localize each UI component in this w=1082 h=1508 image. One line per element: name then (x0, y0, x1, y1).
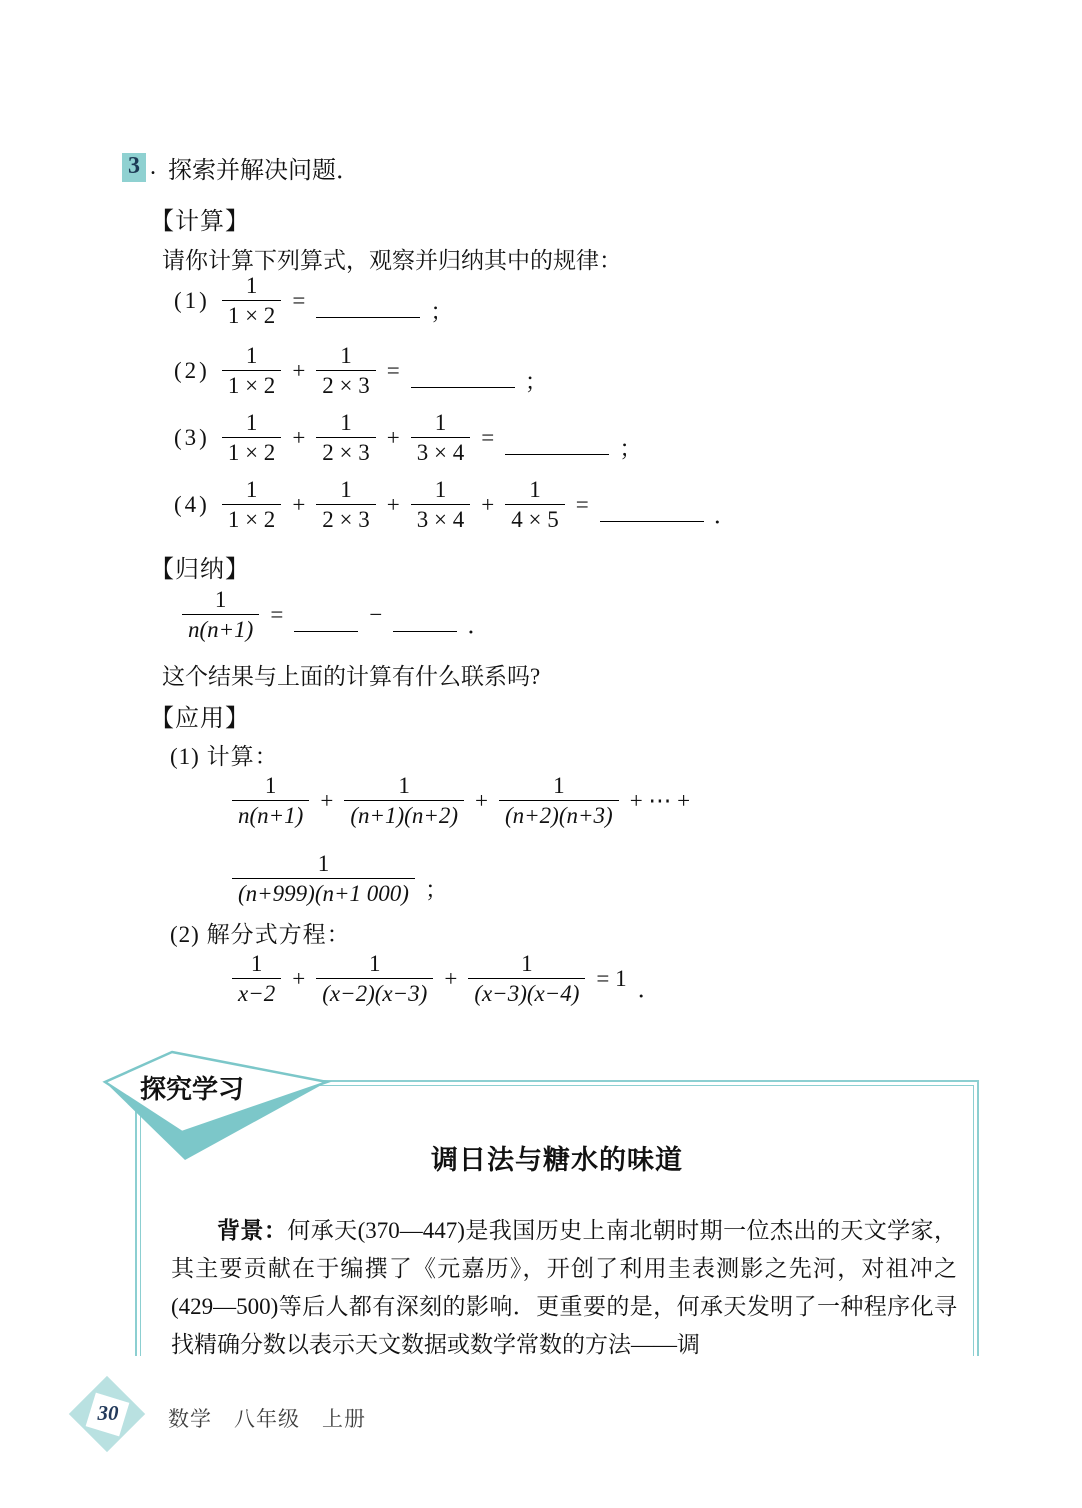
apply-equation: 1x−2 + 1(x−2)(x−3) + 1(x−3)(x−4) = 1 ． (232, 952, 661, 1006)
eq3-label: (3) (174, 425, 210, 451)
induce-question: 这个结果与上面的计算有什么联系吗? (162, 658, 540, 691)
induce-formula: 1n(n+1) = − ． (182, 588, 490, 642)
apply-item2-label: (2) 解分式方程： (170, 916, 351, 949)
plus-sign: + (319, 788, 334, 814)
equals-sign: = (480, 425, 495, 451)
eq2-end: ； (525, 363, 548, 396)
plus-sign: + (386, 492, 401, 518)
calc-eq-4: (4) 11 × 2 + 12 × 3 + 13 × 4 + 14 × 5 = … (174, 478, 737, 532)
apply-sum-line2: 1(n+999)(n+1 000) ； (232, 852, 448, 906)
induce-end: ． (467, 607, 490, 640)
calc-eq-2: (2) 11 × 2 + 12 × 3 = ； (174, 344, 548, 398)
eq3-end: ； (619, 430, 642, 463)
answer-blank (600, 519, 704, 522)
fraction: 11 × 2 (222, 478, 281, 532)
answer-blank (316, 315, 420, 318)
textbook-page: 3. 探索并解决问题． 【计算】 请你计算下列算式，观察并归纳其中的规律： (1… (0, 0, 1082, 1508)
fraction: 1(x−2)(x−3) (316, 952, 433, 1006)
plus-sign: + (291, 492, 306, 518)
equals-sign: = (575, 492, 590, 518)
calc-eq-3: (3) 11 × 2 + 12 × 3 + 13 × 4 = ； (174, 411, 642, 465)
apply-sum-line1: 1n(n+1) + 1(n+1)(n+2) + 1(n+2)(n+3) + ⋯ … (232, 774, 691, 828)
eq4-label: (4) (174, 492, 210, 518)
fraction: 1(n+2)(n+3) (499, 774, 619, 828)
eq1-label: (1) (174, 288, 210, 314)
page-number: 30 (88, 1401, 128, 1426)
fraction: 1(x−3)(x−4) (468, 952, 585, 1006)
fraction: 11 × 2 (222, 344, 281, 398)
fraction: 1n(n+1) (182, 588, 259, 642)
problem-number-badge: 3 (122, 153, 146, 182)
fraction: 1(n+999)(n+1 000) (232, 852, 415, 906)
plus-sign: + (386, 425, 401, 451)
eq4-end: ． (714, 497, 737, 530)
plus-sign: + (291, 425, 306, 451)
ellipsis-continuation: + ⋯ + (629, 788, 691, 814)
section-header-induce: 【归纳】 (150, 549, 250, 584)
book-title: 数学 八年级 上册 (168, 1403, 366, 1433)
fraction: 12 × 3 (316, 411, 375, 465)
sum-end: ； (425, 871, 448, 904)
calc-eq-1: (1) 11 × 2 = ； (174, 274, 453, 328)
calc-intro: 请你计算下列算式，观察并归纳其中的规律： (162, 242, 622, 275)
answer-blank (294, 629, 358, 632)
fraction: 1(n+1)(n+2) (344, 774, 464, 828)
fraction: 14 × 5 (505, 478, 564, 532)
equals-one: = 1 (595, 966, 627, 992)
fraction: 11 × 2 (222, 411, 281, 465)
section-header-calc: 【计算】 (150, 201, 250, 236)
section-header-apply: 【应用】 (150, 698, 250, 733)
answer-blank (393, 629, 457, 632)
eq2-label: (2) (174, 358, 210, 384)
apply-item1-label: (1) 计算： (170, 738, 279, 771)
apply-eq-end: ． (638, 971, 661, 1004)
fraction: 13 × 4 (411, 411, 470, 465)
explore-banner-label: 探究学习 (140, 1074, 244, 1104)
fraction: 12 × 3 (316, 478, 375, 532)
fraction: 12 × 3 (316, 344, 375, 398)
fraction: 1x−2 (232, 952, 281, 1006)
plus-sign: + (474, 788, 489, 814)
answer-blank (505, 452, 609, 455)
eq1-end: ； (430, 293, 453, 326)
plus-sign: + (291, 358, 306, 384)
fraction: 11 × 2 (222, 274, 281, 328)
plus-sign: + (480, 492, 495, 518)
answer-blank (411, 385, 515, 388)
explore-lead: 背景： (217, 1217, 287, 1243)
minus-sign: − (368, 602, 383, 628)
explore-banner-ribbon: 探究学习 (96, 1044, 338, 1170)
equals-sign: = (386, 358, 401, 384)
explore-paragraph: 背景：何承天(370—447)是我国历史上南北朝时期一位杰出的天文学家，其主要贡… (171, 1211, 957, 1364)
fraction: 13 × 4 (411, 478, 470, 532)
equals-sign: = (291, 288, 306, 314)
plus-sign: + (443, 966, 458, 992)
explore-body-text: 何承天(370—447)是我国历史上南北朝时期一位杰出的天文学家，其主要贡献在于… (171, 1218, 957, 1357)
plus-sign: + (291, 966, 306, 992)
problem-number-dot: . (150, 154, 156, 181)
problem-heading: 3. 探索并解决问题． (122, 150, 360, 185)
fraction: 1n(n+1) (232, 774, 309, 828)
equals-sign: = (269, 602, 284, 628)
problem-title: 探索并解决问题． (168, 150, 360, 185)
